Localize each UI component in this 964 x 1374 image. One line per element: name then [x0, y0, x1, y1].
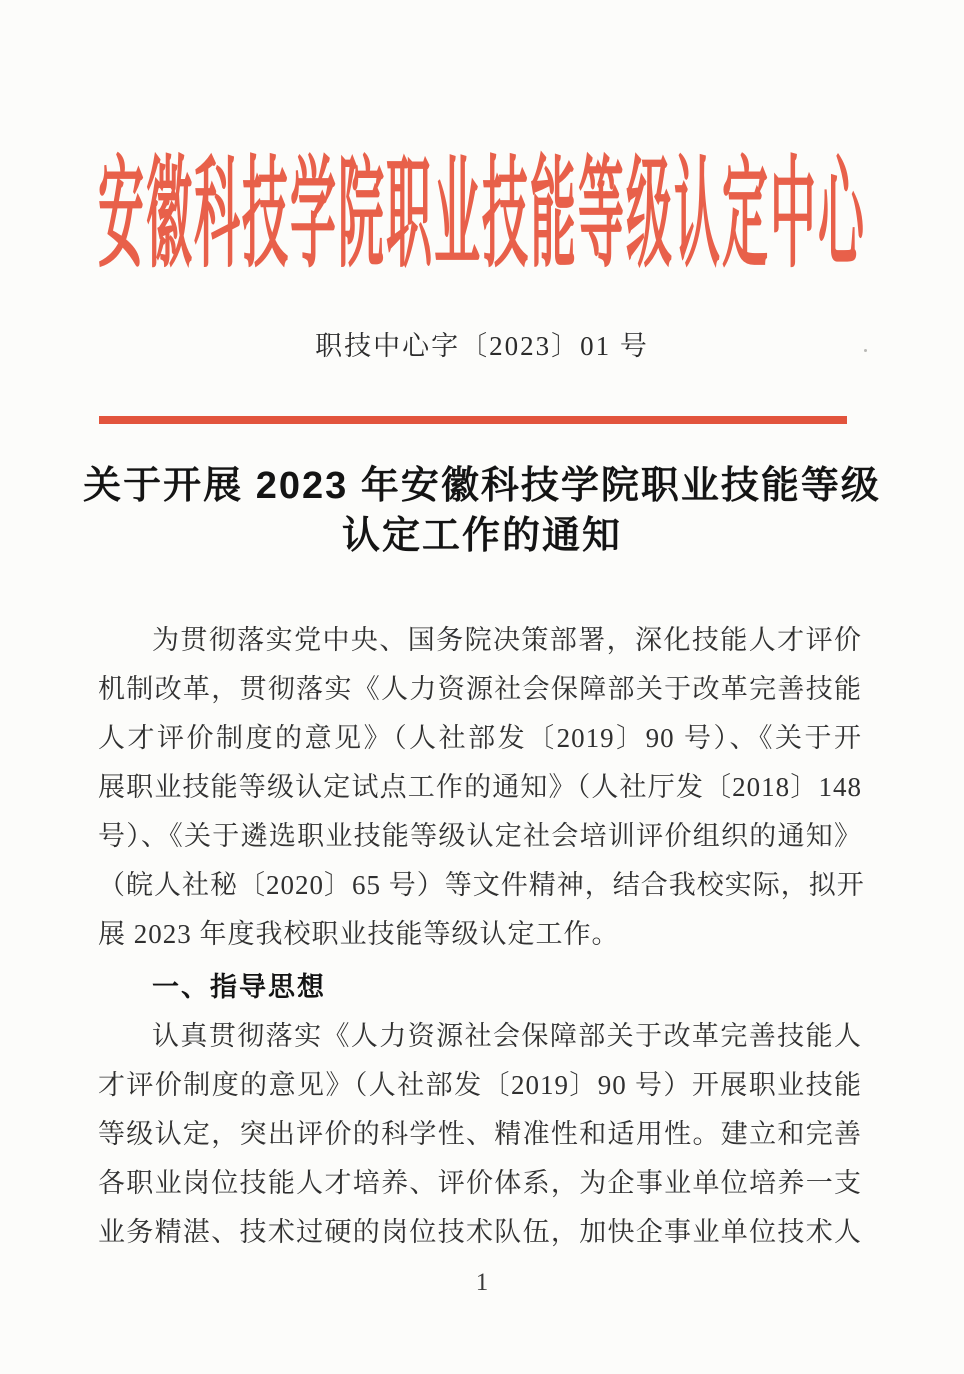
- body-line: 业务精湛、技术过硬的岗位技术队伍，加快企事业单位技术人: [98, 1208, 862, 1257]
- body-line: 展 2023 年度我校职业技能等级认定工作。: [98, 910, 862, 959]
- body-line: 为贯彻落实党中央、国务院决策部署，深化技能人才评价: [98, 616, 862, 665]
- body-line: 号）、《关于遴选职业技能等级认定社会培训评价组织的通知》: [98, 812, 862, 861]
- body-line: 各职业岗位技能人才培养、评价体系，为企事业单位培养一支: [98, 1159, 862, 1208]
- body-line: 等级认定，突出评价的科学性、精准性和适用性。建立和完善: [98, 1110, 862, 1159]
- body-line: 机制改革，贯彻落实《人力资源社会保障部关于改革完善技能: [98, 665, 862, 714]
- red-header-org-title: 安徽科技学院职业技能等级认定中心: [0, 148, 964, 287]
- page-number: 1: [0, 1268, 964, 1298]
- document-page: 安徽科技学院职业技能等级认定中心 职技中心字〔2023〕01 号 关于开展 20…: [0, 0, 964, 1374]
- red-divider-line: [99, 416, 847, 424]
- body-line: （皖人社秘〔2020〕65 号）等文件精神，结合我校实际，拟开: [98, 861, 862, 910]
- document-title: 关于开展 2023 年安徽科技学院职业技能等级 认定工作的通知: [60, 461, 904, 561]
- scan-speck: [864, 349, 867, 352]
- section-heading-guiding-ideology: 一、指导思想: [98, 963, 862, 1012]
- body-line: 展职业技能等级认定试点工作的通知》（人社厅发〔2018〕148: [98, 763, 862, 812]
- body-line: 才评价制度的意见》（人社部发〔2019〕90 号）开展职业技能: [98, 1061, 862, 1110]
- doc-number: 职技中心字〔2023〕01 号: [0, 324, 964, 363]
- document-title-line2: 认定工作的通知: [60, 511, 904, 561]
- document-title-line1: 关于开展 2023 年安徽科技学院职业技能等级: [60, 461, 904, 511]
- document-body: 为贯彻落实党中央、国务院决策部署，深化技能人才评价 机制改革，贯彻落实《人力资源…: [98, 616, 862, 1257]
- body-line: 认真贯彻落实《人力资源社会保障部关于改革完善技能人: [98, 1012, 862, 1061]
- body-line: 人才评价制度的意见》（人社部发〔2019〕90 号）、《关于开: [98, 714, 862, 763]
